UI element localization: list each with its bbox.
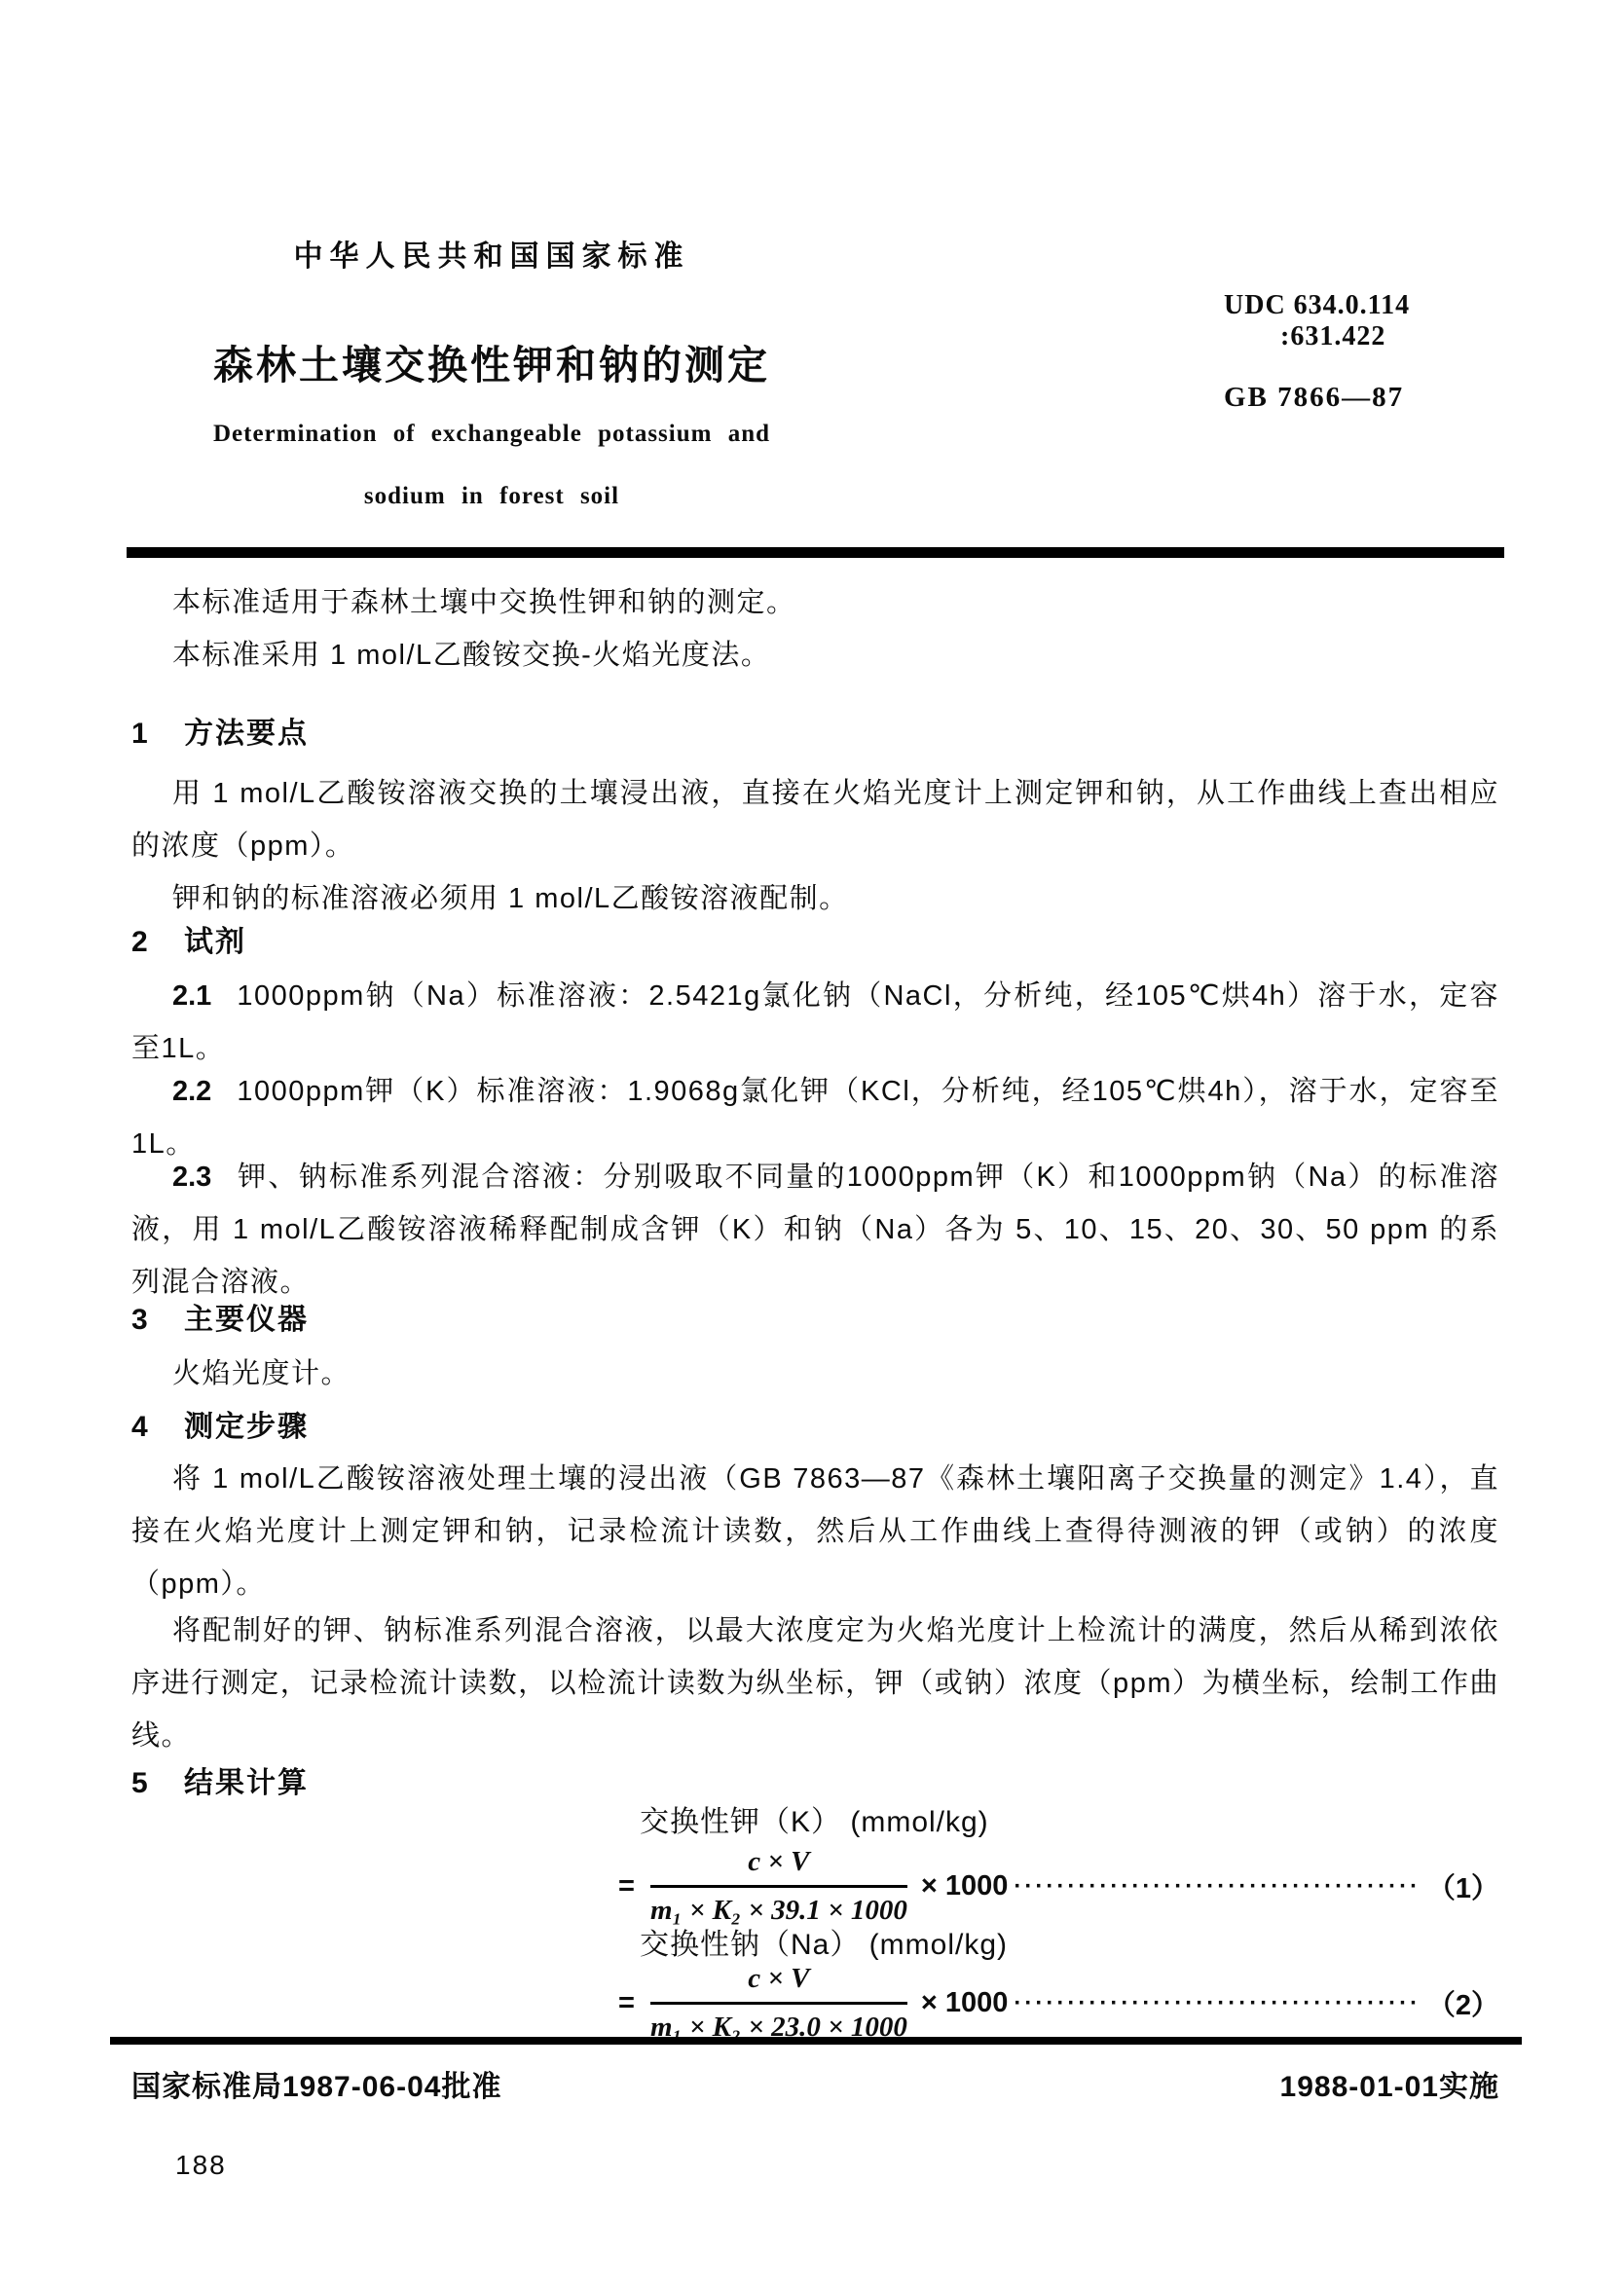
reagent-item-2-1-text: 1000ppm钠（Na）标准溶液：2.5421g氯化钠（NaCl，分析纯，经10… (131, 980, 1499, 1064)
udc-code-line2: :631.422 (1224, 321, 1499, 352)
reagent-item-2-3-number: 2.3 (172, 1162, 211, 1193)
section-3-title: 主要仪器 (184, 1304, 309, 1336)
reagent-item-2-1: 2.11000ppm钠（Na）标准溶液：2.5421g氯化钠（NaCl，分析纯，… (131, 970, 1499, 1075)
page-number: 188 (175, 2150, 370, 2181)
section-5-title: 结果计算 (184, 1767, 309, 1799)
fraction-numerator: c × V (650, 1846, 907, 1888)
approval-date: 国家标准局1987-06-04批准 (131, 2062, 501, 2105)
country-standard-label: 中华人民共和国国家标准 (131, 232, 852, 275)
section-2-title: 试剂 (184, 926, 246, 958)
english-subtitle-line2: sodium in forest soil (131, 483, 852, 510)
fraction-potassium: c × V m₁ × K₂ × 39.1 × 1000 (650, 1846, 907, 1927)
section-3-paragraph-1: 火焰光度计。 (131, 1348, 1499, 1400)
multiplier-1000: × 1000 (921, 1987, 1009, 2019)
scope-line1: 本标准适用于森林土壤中交换性钾和钠的测定。 (131, 576, 1499, 629)
implementation-date: 1988-01-01实施 (1280, 2062, 1499, 2105)
formula-potassium: = c × V m₁ × K₂ × 39.1 × 1000 × 1000 ···… (618, 1846, 1499, 1927)
section-5-heading: 5结果计算 (131, 1758, 1499, 1801)
udc-code-line1: UDC 634.0.114 (1224, 290, 1499, 321)
section-1-title: 方法要点 (184, 718, 309, 750)
reagent-item-2-2-number: 2.2 (172, 1076, 211, 1107)
reagent-item-2-3-text: 钾、钠标准系列混合溶液：分别吸取不同量的1000ppm钾（K）和1000ppm钠… (131, 1162, 1499, 1298)
reagent-item-2-3: 2.3钾、钠标准系列混合溶液：分别吸取不同量的1000ppm钾（K）和1000p… (131, 1151, 1499, 1309)
dot-leader: ········································… (1014, 1873, 1419, 1901)
dot-leader: ········································… (1014, 1990, 1419, 2017)
formula-label-sodium: 交换性钠（Na） (mmol/kg) (640, 1920, 1496, 1963)
multiplier-1000: × 1000 (921, 1870, 1009, 1902)
formula-label-potassium: 交换性钾（K） (mmol/kg) (640, 1797, 1496, 1840)
page-content: 中华人民共和国国家标准 森林土壤交换性钾和钠的测定 Determination … (131, 0, 1499, 2289)
section-1-paragraph-1: 用 1 mol/L乙酸铵溶液交换的土壤浸出液，直接在火焰光度计上测定钾和钠，从工… (131, 767, 1499, 872)
section-1-heading: 1方法要点 (131, 709, 1499, 752)
equals-sign: = (618, 1870, 635, 1902)
section-1-number: 1 (131, 718, 153, 751)
section-5-number: 5 (131, 1767, 153, 1800)
header-divider-rule (127, 547, 1504, 558)
equation-number-1: （1） (1427, 1866, 1499, 1906)
footer-divider-rule (110, 2037, 1522, 2045)
standard-codes-block: UDC 634.0.114 :631.422 GB 7866—87 (1224, 290, 1499, 414)
section-3-heading: 3主要仪器 (131, 1295, 1499, 1338)
fraction-sodium: c × V m₁ × K₂ × 23.0 × 1000 (650, 1963, 907, 2044)
section-4-heading: 4测定步骤 (131, 1402, 1499, 1445)
equation-number-2: （2） (1427, 1983, 1499, 2023)
section-2-heading: 2试剂 (131, 917, 1499, 960)
document-title: 森林土壤交换性钾和钠的测定 (131, 333, 852, 390)
standard-document-page: 中华人民共和国国家标准 森林土壤交换性钾和钠的测定 Determination … (0, 0, 1624, 2289)
section-4-paragraph-2: 将配制好的钾、钠标准系列混合溶液，以最大浓度定为火焰光度计上检流计的满度，然后从… (131, 1605, 1499, 1762)
fraction-numerator: c × V (650, 1963, 907, 2005)
section-4-paragraph-1: 将 1 mol/L乙酸铵溶液处理土壤的浸出液（GB 7863—87《森林土壤阳离… (131, 1453, 1499, 1610)
reagent-item-2-2-text: 1000ppm钾（K）标准溶液：1.9068g氯化钾（KCl，分析纯，经105℃… (131, 1076, 1499, 1160)
section-3-number: 3 (131, 1304, 153, 1337)
scope-line2: 本标准采用 1 mol/L乙酸铵交换-火焰光度法。 (131, 629, 1499, 682)
approval-footer: 国家标准局1987-06-04批准 1988-01-01实施 (131, 2062, 1499, 2105)
standard-number: GB 7866—87 (1224, 382, 1499, 414)
section-2-number: 2 (131, 926, 153, 959)
english-subtitle-line1: Determination of exchangeable potassium … (131, 421, 852, 448)
scope-intro: 本标准适用于森林土壤中交换性钾和钠的测定。 本标准采用 1 mol/L乙酸铵交换… (131, 576, 1499, 682)
formula-sodium: = c × V m₁ × K₂ × 23.0 × 1000 × 1000 ···… (618, 1963, 1499, 2044)
equals-sign: = (618, 1987, 635, 2019)
section-4-number: 4 (131, 1411, 153, 1444)
reagent-item-2-1-number: 2.1 (172, 980, 211, 1012)
section-4-title: 测定步骤 (184, 1411, 309, 1443)
